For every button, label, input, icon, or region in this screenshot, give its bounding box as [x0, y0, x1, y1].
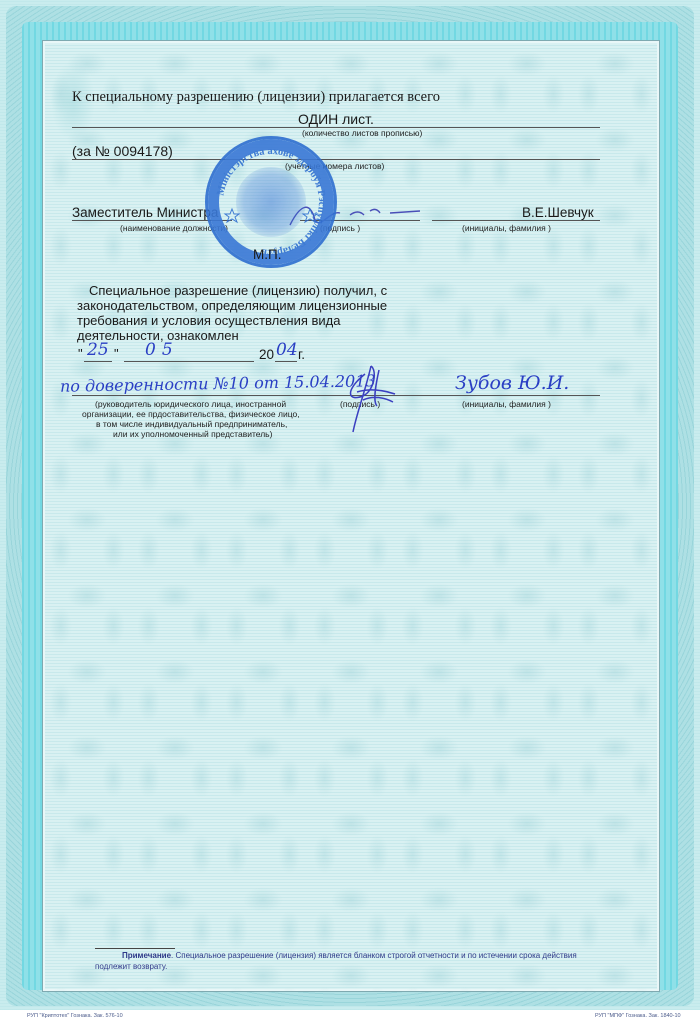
security-pattern: [43, 41, 659, 991]
date-month: 05: [145, 340, 179, 360]
receipt-line-3: требования и условия осуществления вида: [77, 313, 341, 328]
document-body: [42, 40, 660, 992]
day-underline: [84, 361, 112, 362]
receipt-line-2: законодательством, определяющим лицензио…: [77, 298, 387, 313]
role-caption-line-1: (руководитель юридического лица, иностра…: [95, 399, 286, 409]
svg-text:Міністэрства ахове здароўя Рэс: Міністэрства ахове здароўя Рэспублікі Бе…: [215, 146, 327, 258]
sheet-count: ОДИН лист.: [298, 111, 374, 127]
date-day: 25: [87, 340, 109, 360]
sheet-count-caption: (количество листов прописью): [302, 128, 422, 138]
year-end: г.: [298, 347, 305, 362]
note-text-2: подлежит возврату.: [95, 962, 167, 971]
official-name-underline: [432, 220, 600, 221]
note-text-1: . Специальное разрешение (лицензия) явля…: [171, 951, 577, 960]
official-name-caption: (инициалы, фамилия ): [462, 223, 551, 233]
role-caption-line-2: организации, ее прдоставительства, физич…: [82, 409, 300, 419]
footer-note: Примечание. Специальное разрешение (лице…: [122, 951, 577, 960]
attachment-line: К специальному разрешению (лицензии) при…: [72, 89, 440, 106]
license-number: (за № 0094178): [72, 143, 173, 159]
note-label: Примечание: [122, 951, 171, 960]
quote-open: ": [78, 346, 83, 361]
official-name: В.Е.Шевчук: [522, 205, 594, 220]
year-underline: [275, 361, 297, 362]
recipient-signature: [335, 362, 415, 437]
role-caption-line-4: или их уполномоченный представитель): [113, 429, 272, 439]
role-caption-line-3: в том числе индивидуальный предпринимате…: [96, 419, 287, 429]
year-prefix: 20: [259, 347, 274, 362]
seal-mark: М.П.: [253, 247, 281, 262]
print-info-right: РУП "МПФ" Гознака. Зак. 1840-10: [595, 1013, 681, 1019]
recipient-name-caption: (инициалы, фамилия ): [462, 399, 551, 409]
receipt-line-1: Специальное разрешение (лицензию) получи…: [89, 283, 387, 298]
sheet-numbers-underline: [72, 159, 600, 160]
note-separator: [95, 948, 175, 949]
year-suffix: 04: [276, 340, 298, 360]
recipient-name: Зубов Ю.И.: [455, 372, 569, 394]
month-underline: [124, 361, 254, 362]
official-position: Заместитель Министра: [72, 205, 218, 220]
print-info-left: РУП "Криптотех" Гознака. Зак. 576-10: [27, 1013, 123, 1019]
quote-close: ": [114, 346, 119, 361]
